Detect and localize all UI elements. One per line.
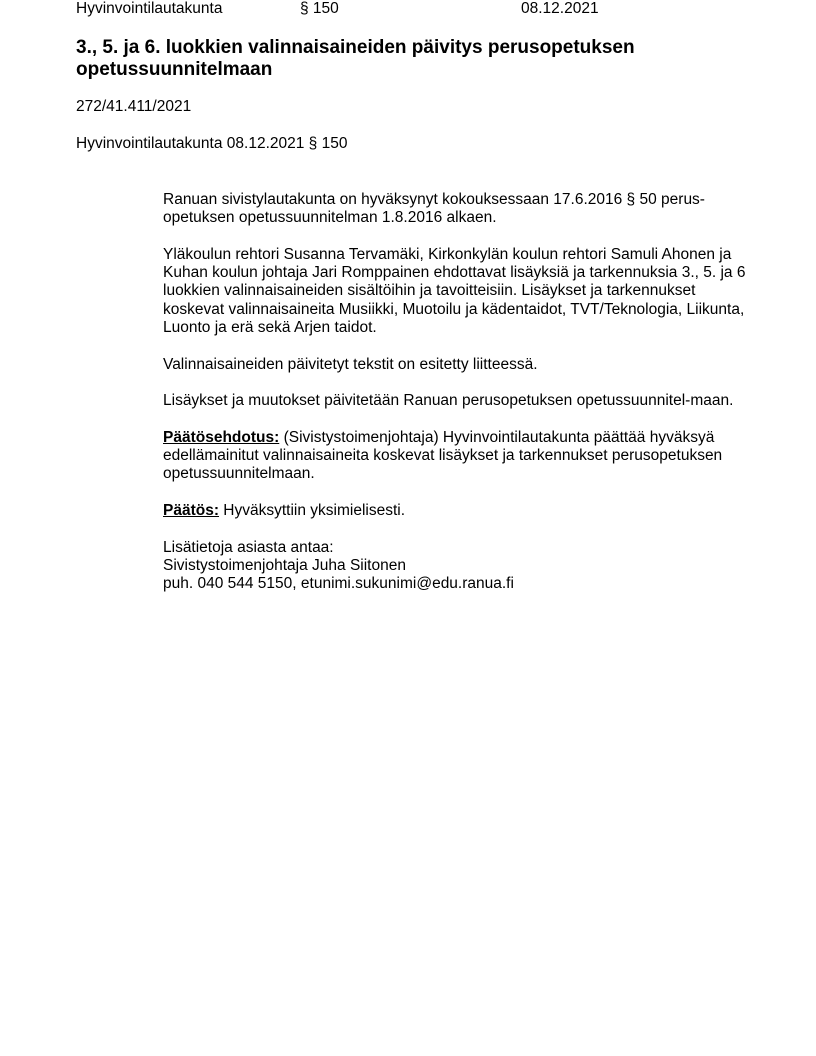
decision: Päätös: Hyväksyttiin yksimielisesti. [163,502,753,520]
header-section: § 150 [300,0,339,18]
document-body: Ranuan sivistylautakunta on hyväksynyt k… [163,191,753,612]
meeting-reference: Hyvinvointilautakunta 08.12.2021 § 150 [76,135,347,153]
header-date: 08.12.2021 [521,0,599,18]
paragraph-background: Ranuan sivistylautakunta on hyväksynyt k… [163,191,753,228]
proposal-label: Päätösehdotus: [163,429,279,446]
paragraph-attachment-note: Valinnaisaineiden päivitetyt tekstit on … [163,356,753,374]
contact-intro: Lisätietoja asiasta antaa: [163,539,753,557]
paragraph-update-note: Lisäykset ja muutokset päivitetään Ranua… [163,392,753,410]
document-title: 3., 5. ja 6. luokkien valinnaisaineiden … [76,37,716,81]
contact-block: Lisätietoja asiasta antaa: Sivistystoime… [163,539,753,594]
decision-text: Hyväksyttiin yksimielisesti. [219,502,405,519]
contact-name: Sivistystoimenjohtaja Juha Siitonen [163,557,753,575]
paragraph-proposal-details: Yläkoulun rehtori Susanna Tervamäki, Kir… [163,246,753,337]
decision-label: Päätös: [163,502,219,519]
decision-proposal: Päätösehdotus: (Sivistystoimenjohtaja) H… [163,429,753,484]
document-number: 272/41.411/2021 [76,98,191,116]
contact-details: puh. 040 544 5150, etunimi.sukunimi@edu.… [163,575,753,593]
header-organization: Hyvinvointilautakunta [76,0,222,18]
